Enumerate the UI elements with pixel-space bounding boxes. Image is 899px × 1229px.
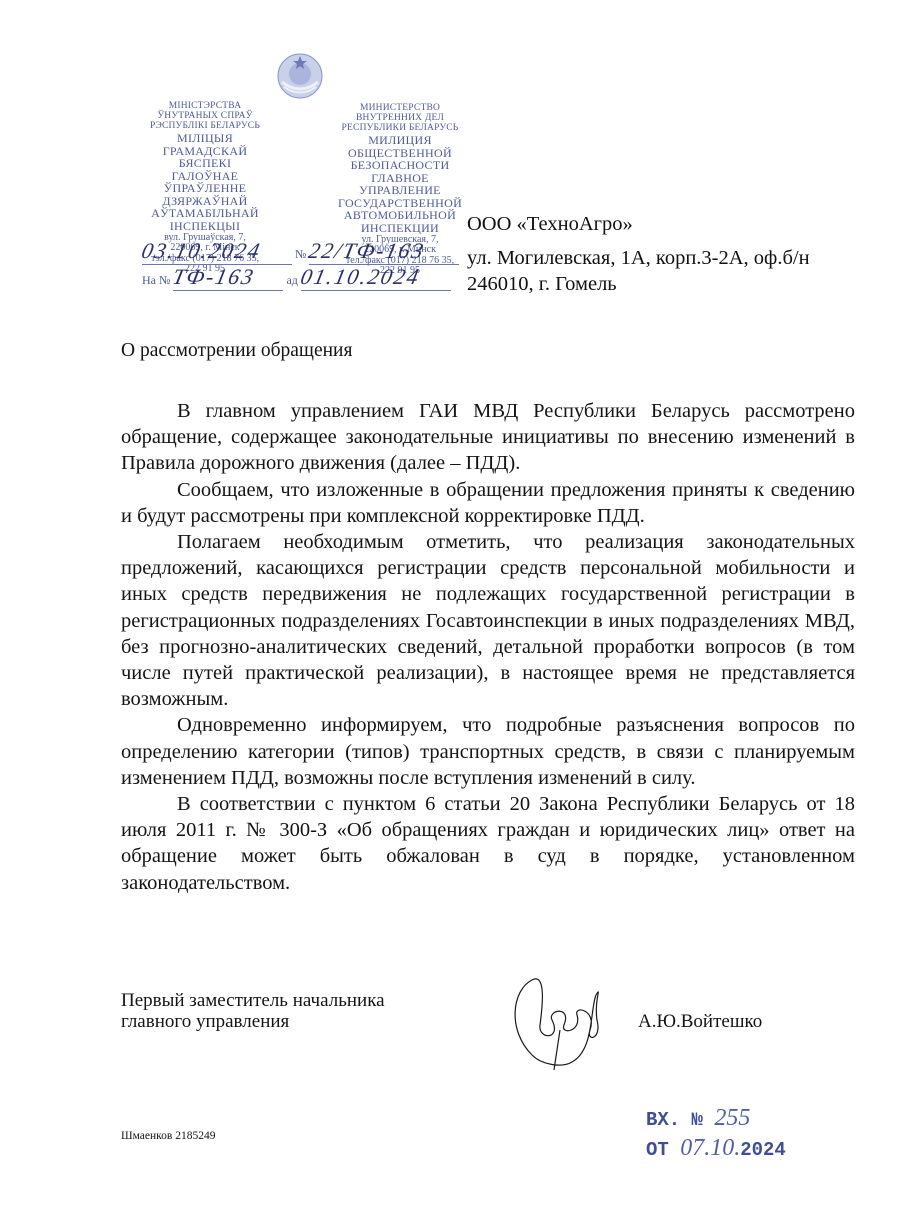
number-label: № <box>295 247 306 261</box>
letter-body: В главном управлением ГАИ МВД Республики… <box>121 398 855 896</box>
stamp-year: 2024 <box>740 1139 786 1161</box>
belarus-coat-of-arms-icon <box>276 52 324 100</box>
signatory-position: Первый заместитель начальника главного у… <box>121 990 385 1032</box>
incoming-registration-stamp: ВХ. № 255 ОТ 07.10.2024 <box>646 1105 786 1165</box>
subject-line: О рассмотрении обращения <box>121 340 352 362</box>
militia-line: МІЛІЦЫЯ <box>143 132 267 145</box>
stamp-number-label: ВХ. № <box>646 1109 703 1131</box>
stamp-date-label: ОТ <box>646 1139 669 1161</box>
reply-to-date-label: ад <box>286 273 297 287</box>
reply-to-label: На № <box>142 273 170 287</box>
department-line: ИНСПЕКЦИИ <box>338 222 462 235</box>
department-line: ІНСПЕКЦЫІ <box>143 220 267 233</box>
recipient-address-line2: 246010, г. Гомель <box>467 273 617 296</box>
reply-to-number: ТФ-163 <box>171 264 258 290</box>
reference-block: 03.10.2024 № 22/ТФ-163 На № ТФ-163 ад 01… <box>142 238 472 290</box>
body-paragraph: В соответствии с пунктом 6 статьи 20 Зак… <box>121 791 855 896</box>
signatory-name: А.Ю.Войтешко <box>638 1011 762 1033</box>
stamp-number: 255 <box>714 1105 750 1131</box>
militia-line: МИЛИЦИЯ <box>338 134 462 147</box>
position-line: Первый заместитель начальника <box>121 990 385 1011</box>
reply-to-date: 01.10.2024 <box>298 264 423 290</box>
stamp-date-handwritten: 07.10. <box>680 1135 740 1161</box>
body-paragraph: Сообщаем, что изложенные в обращении пре… <box>121 477 855 529</box>
body-paragraph: Одновременно информируем, что подробные … <box>121 712 855 791</box>
department-line: ГЛАВНОЕ УПРАВЛЕНИЕ <box>338 172 462 197</box>
executor-info: Шмаенков 2185249 <box>121 1130 215 1142</box>
handwritten-signature-icon <box>502 970 612 1075</box>
militia-line: БЕЗОПАСНОСТИ <box>338 159 462 172</box>
recipient-address-line1: ул. Могилевская, 1А, корп.3-2А, оф.б/н <box>467 247 810 270</box>
department-line: ГАЛОЎНАЕ ЎПРАЎЛЕННЕ <box>143 170 267 195</box>
militia-line: БЯСПЕКІ <box>143 157 267 170</box>
body-paragraph: В главном управлением ГАИ МВД Республики… <box>121 398 855 477</box>
body-paragraph: Полагаем необходимым отметить, что реали… <box>121 529 855 712</box>
outgoing-date: 03.10.2024 <box>139 238 264 264</box>
position-line: главного управления <box>121 1011 385 1032</box>
recipient-name: ООО «ТехноАгро» <box>467 213 633 236</box>
outgoing-number: 22/ТФ-163 <box>307 238 428 264</box>
